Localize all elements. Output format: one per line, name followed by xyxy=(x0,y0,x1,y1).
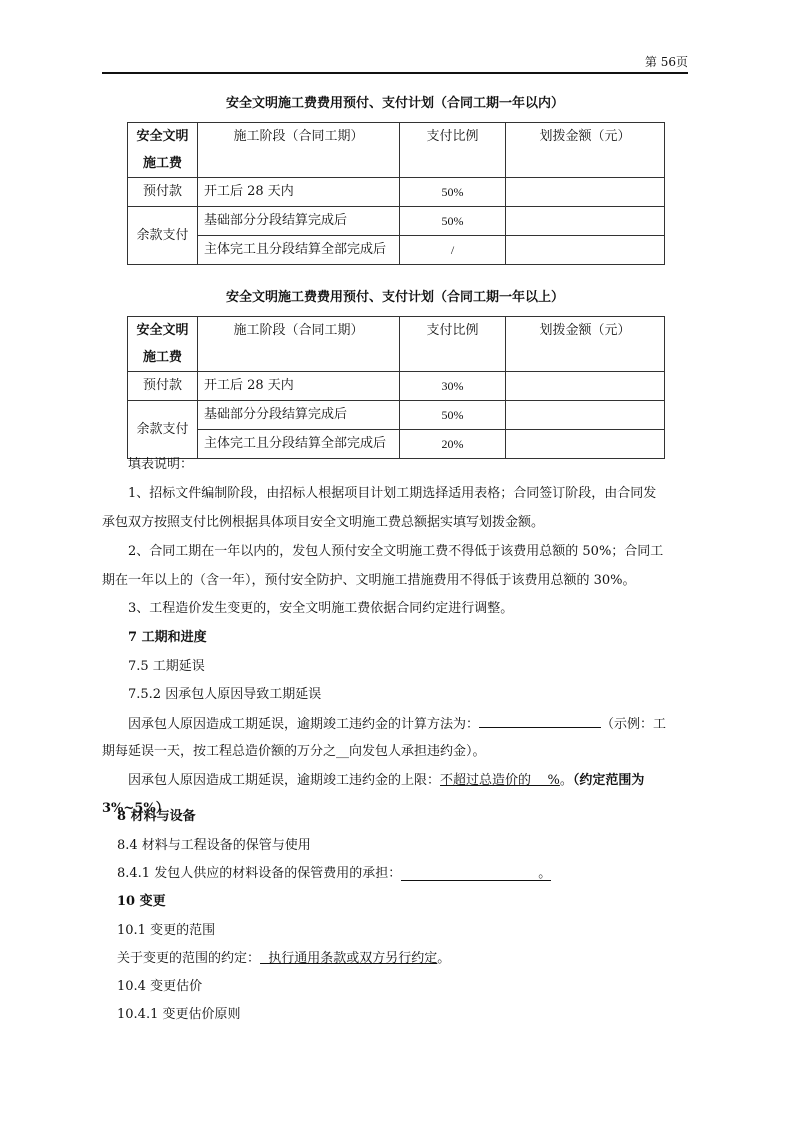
row-category: 预付款 xyxy=(128,178,198,207)
punctuation: 。 xyxy=(538,866,551,881)
table-row: 主体完工且分段结算全部完成后 / xyxy=(128,236,665,265)
change-scope-label: 关于变更的范围的约定： xyxy=(117,951,260,966)
header-ratio: 支付比例 xyxy=(400,123,506,178)
table-header-row: 安全文明 施工费 施工阶段（合同工期） 支付比例 划拨金额（元） xyxy=(128,317,665,372)
row-ratio: 30% xyxy=(400,372,506,401)
table-row: 预付款 开工后 28 天内 50% xyxy=(128,178,665,207)
table-row: 余款支付 基础部分分段结算完成后 50% xyxy=(128,207,665,236)
row-category: 预付款 xyxy=(128,372,198,401)
delay-penalty-example: （示例：工 xyxy=(601,717,666,732)
section-8-4: 8.4 材料与工程设备的保管与使用 xyxy=(102,837,692,855)
change-scope-agreement: 关于变更的范围的约定： 执行通用条款或双方另行约定。 xyxy=(102,950,692,968)
row-stage: 主体完工且分段结算全部完成后 xyxy=(198,236,400,265)
punctuation: 。 xyxy=(437,951,450,966)
row-amount-cell[interactable] xyxy=(506,178,665,207)
section-10-4-1: 10.4.1 变更估价原则 xyxy=(102,1006,692,1024)
section-10-1: 10.1 变更的范围 xyxy=(102,922,692,940)
section-7-5: 7.5 工期延误 xyxy=(102,658,692,676)
storage-fee-blank[interactable]: 。 xyxy=(401,867,551,881)
page-number: 第 56页 xyxy=(645,54,688,70)
section-10-4: 10.4 变更估价 xyxy=(102,978,692,996)
row-ratio: / xyxy=(400,236,506,265)
note-3: 3、工程造价发生变更的，安全文明施工费依据合同约定进行调整。 xyxy=(102,600,692,618)
row-amount-cell[interactable] xyxy=(506,207,665,236)
row-ratio: 50% xyxy=(400,207,506,236)
section-10-heading: 10 变更 xyxy=(102,893,692,911)
header-ratio: 支付比例 xyxy=(400,317,506,372)
page-header: 第 56页 xyxy=(102,54,688,73)
header-stage: 施工阶段（合同工期） xyxy=(198,123,400,178)
delay-penalty-cap: 因承包人原因造成工期延误，逾期竣工违约金的上限：不超过总造价的 %。（约定范围为 xyxy=(102,772,692,790)
header-fee-line1: 安全文明 xyxy=(134,317,191,344)
table-header-row: 安全文明 施工费 施工阶段（合同工期） 支付比例 划拨金额（元） xyxy=(128,123,665,178)
header-fee-line2: 施工费 xyxy=(134,150,191,177)
row-amount-cell[interactable] xyxy=(506,236,665,265)
delay-penalty-cap-value[interactable]: 不超过总造价的 % xyxy=(440,773,560,788)
header-stage: 施工阶段（合同工期） xyxy=(198,317,400,372)
row-stage: 基础部分分段结算完成后 xyxy=(198,207,400,236)
note-1-line-2: 承包双方按照支付比例根据具体项目安全文明施工费总额据实填写划拨金额。 xyxy=(102,514,692,532)
agreed-range-note: （约定范围为 xyxy=(573,773,645,788)
row-stage: 基础部分分段结算完成后 xyxy=(198,401,400,430)
storage-fee-label: 8.4.1 发包人供应的材料设备的保管费用的承担： xyxy=(117,866,401,881)
header-amount: 划拨金额（元） xyxy=(506,123,665,178)
row-stage: 开工后 28 天内 xyxy=(198,178,400,207)
note-1-line-1: 1、招标文件编制阶段，由招标人根据项目计划工期选择适用表格；合同签订阶段，由合同… xyxy=(102,485,692,503)
table-2-title: 安全文明施工费费用预付、支付计划（合同工期一年以上） xyxy=(127,289,663,307)
row-ratio: 50% xyxy=(400,401,506,430)
table-row: 预付款 开工后 28 天内 30% xyxy=(128,372,665,401)
row-amount-cell[interactable] xyxy=(506,430,665,459)
table-row: 余款支付 基础部分分段结算完成后 50% xyxy=(128,401,665,430)
payment-plan-table-within-one-year: 安全文明 施工费 施工阶段（合同工期） 支付比例 划拨金额（元） 预付款 开工后… xyxy=(127,122,665,265)
delay-penalty-method-blank[interactable] xyxy=(479,714,601,728)
row-stage: 开工后 28 天内 xyxy=(198,372,400,401)
row-ratio: 50% xyxy=(400,178,506,207)
section-7-heading: 7 工期和进度 xyxy=(102,629,692,647)
header-rule xyxy=(102,72,688,74)
header-fee-line2: 施工费 xyxy=(134,344,191,371)
row-stage: 主体完工且分段结算全部完成后 xyxy=(198,430,400,459)
table-row: 主体完工且分段结算全部完成后 20% xyxy=(128,430,665,459)
row-amount-cell[interactable] xyxy=(506,401,665,430)
row-ratio: 20% xyxy=(400,430,506,459)
row-category: 余款支付 xyxy=(128,401,198,459)
section-8-heading: 8 材料与设备 xyxy=(102,808,692,826)
change-scope-value[interactable]: 执行通用条款或双方另行约定 xyxy=(260,951,437,966)
delay-penalty-cap-label: 因承包人原因造成工期延误，逾期竣工违约金的上限： xyxy=(128,773,440,788)
delay-penalty-example-line-2: 期每延误一天，按工程总造价额的万分之__向发包人承担违约金）。 xyxy=(102,743,692,761)
payment-plan-table-over-one-year: 安全文明 施工费 施工阶段（合同工期） 支付比例 划拨金额（元） 预付款 开工后… xyxy=(127,316,665,459)
delay-penalty-method: 因承包人原因造成工期延误，逾期竣工违约金的计算方法为：（示例：工 xyxy=(102,714,692,734)
notes-heading: 填表说明： xyxy=(102,456,692,474)
header-fee-line1: 安全文明 xyxy=(134,123,191,150)
delay-penalty-method-label: 因承包人原因造成工期延误，逾期竣工违约金的计算方法为： xyxy=(128,717,479,732)
row-amount-cell[interactable] xyxy=(506,372,665,401)
note-2-line-1: 2、合同工期在一年以内的，发包人预付安全文明施工费不得低于该费用总额的 50%；… xyxy=(102,543,692,561)
table-1-title: 安全文明施工费费用预付、支付计划（合同工期一年以内） xyxy=(127,95,663,113)
section-7-5-2: 7.5.2 因承包人原因导致工期延误 xyxy=(102,686,692,704)
header-fee-type: 安全文明 施工费 xyxy=(128,123,198,178)
header-fee-type: 安全文明 施工费 xyxy=(128,317,198,372)
row-category: 余款支付 xyxy=(128,207,198,265)
header-amount: 划拨金额（元） xyxy=(506,317,665,372)
note-2-line-2: 期在一年以上的（含一年），预付安全防护、文明施工措施费用不得低于该费用总额的 3… xyxy=(102,572,692,590)
punctuation: 。 xyxy=(560,773,573,788)
section-8-4-1: 8.4.1 发包人供应的材料设备的保管费用的承担：。 xyxy=(102,865,692,883)
